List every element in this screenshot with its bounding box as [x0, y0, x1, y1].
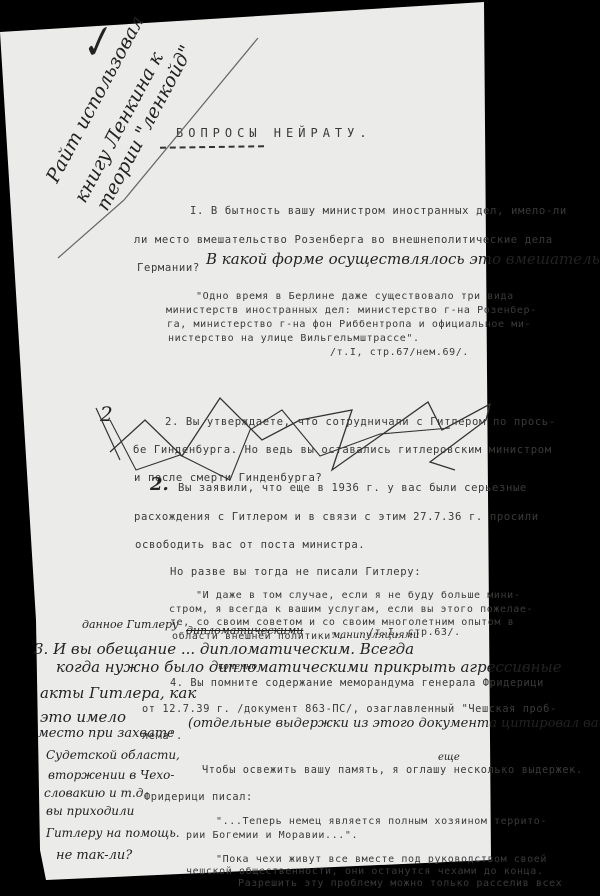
q1-handwritten-question: В какой форме осуществлялось это вмешате…: [206, 250, 600, 268]
q3-line-10: Гитлеру на помощь.: [46, 826, 180, 840]
q4-line-2: от 12.7.39 г. /документ 863-ПС/, озаглав…: [142, 703, 557, 715]
q3-line-9: вы приходили: [46, 804, 134, 818]
q4-quote2-line-1: "Пока чехи живут все вместе под руководс…: [216, 854, 547, 865]
scanned-page: ✓ Райт использовал книгу Ленкина к теори…: [0, 0, 600, 896]
q2-quote-line-1: "И даже в том случае, если я не буду бол…: [196, 590, 520, 601]
q1-quote-line-2: министерств иностранных дел: министерств…: [166, 305, 537, 316]
q1-line-3: Германии?: [137, 262, 200, 274]
q3-line-4: это имело: [40, 708, 126, 726]
q2-line-3: освободить вас от поста министра.: [135, 539, 365, 551]
q4-handwritten-addition: (отдельные выдержки из этого документа ц…: [188, 716, 600, 731]
page-title: ВОПРОСЫ НЕЙРАТУ.: [176, 126, 372, 140]
q4-line-3: лема".: [142, 730, 183, 742]
q2-line-2: расхождения с Гитлером и в связи с этим …: [134, 511, 539, 523]
q4-author-line: Фридерици писал:: [144, 791, 253, 803]
q4-quote2-line-3: Разрешить эту проблему можно только расс…: [238, 878, 562, 889]
q3-line-1: 3. И вы обещание ... дипломатическим. Вс…: [34, 640, 414, 658]
q2-quote-line-2: стром, я всегда к вашим услугам, если вы…: [169, 604, 533, 615]
q4-refresh-line: Чтобы освежить вашу память, я оглашу нес…: [202, 764, 583, 776]
q2-hand-number: 2.: [150, 474, 169, 495]
q1-quote-line-4: нистерство на улице Вильгельмштрассе".: [168, 333, 420, 344]
q3-line-6: Судетской области,: [46, 748, 180, 762]
q3-line-2: когда нужно было дипломатическими прикры…: [56, 658, 562, 676]
q1-quote-line-3: га, министерство г-на фон Риббентропа и …: [167, 319, 531, 330]
q4-line-1: 4. Вы помните содержание меморандума ген…: [170, 677, 544, 689]
q2-line-1: Вы заявили, что еще в 1936 г. у вас были…: [178, 482, 527, 494]
q4-quote1-line-2: рии Богемии и Моравии...".: [186, 830, 358, 841]
q2-followup: Но разве вы тогда не писали Гитлеру:: [170, 566, 421, 578]
q3-line-11: не так-ли?: [56, 848, 132, 863]
q4-quote2-line-2: чешской общественности, они останутся че…: [186, 866, 544, 877]
q2-crossed-line-2: бе Гинденбурга. Но ведь вы оставались ги…: [133, 444, 552, 456]
q1-line-2: ли место вмешательство Розенберга во вне…: [134, 234, 553, 246]
q3-insert-above: данное Гитлеру: [82, 618, 178, 631]
q1-reference: /т.I, стр.67/нем.69/.: [330, 347, 469, 358]
q4-quote1-line-1: "...Теперь немец является полным хозяино…: [216, 816, 547, 827]
q1-quote-line-1: "Одно время в Берлине даже существовало …: [196, 291, 514, 302]
q3-insert-crossed: дипломатическими: [186, 624, 303, 637]
q4-insert-above: конечно: [218, 662, 257, 672]
q2-crossed-hand-number: 2: [100, 402, 113, 426]
q3-line-8: словакию и т.д.: [44, 786, 147, 800]
q3-line-7: вторжении в Чехо-: [48, 768, 174, 782]
q2-crossed-line-1: 2. Вы утверждаете, что сотрудничали с Ги…: [165, 416, 556, 428]
q4-refresh-insert: еще: [438, 752, 460, 763]
q1-line-1: I. В бытность вашу министром иностранных…: [190, 205, 567, 217]
